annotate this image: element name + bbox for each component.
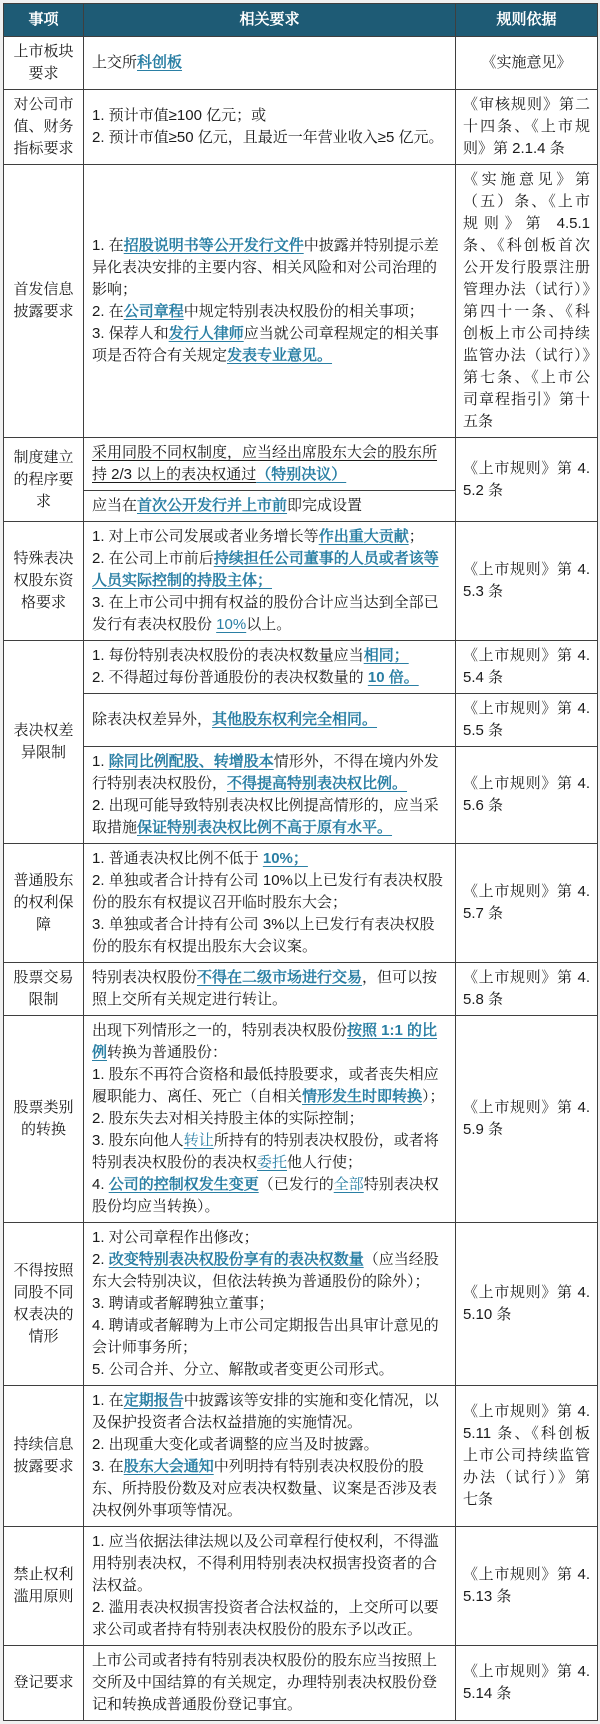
rule-basis-cell: 《上市规则》第 4.5.10 条 [456,1223,598,1386]
table-body: 上市板块要求上交所科创板《实施意见》对公司市值、财务指标要求1. 预计市值≥10… [4,37,598,1721]
requirement-cell: 上市公司或者持有特别表决权股份的股东应当按照上交所及中国结算的有关规定，办理特别… [84,1646,456,1721]
requirement-paragraph: 1. 应当依据法律法规以及公司章程行使权利，不得滥用特别表决权，不得利用特别表决… [92,1531,447,1597]
requirement-paragraph: 2. 在公司上市前后持续担任公司董事的人员或者该等人员实际控制的持股主体； [92,548,447,592]
text-segment: 4. 聘请或者解聘为上市公司定期报告出具审计意见的会计师事务所； [92,1317,439,1356]
text-segment: 上交所 [92,54,137,71]
requirement-paragraph: 3. 股东向他人转让所持有的特别表决权股份，或者将特别表决权股份的表决权委托他人… [92,1130,447,1174]
rule-basis-cell: 《上市规则》第 4.5.11 条、《科创板上市公司持续监管办法（试行）》第七条 [456,1386,598,1527]
requirement-paragraph: 出现下列情形之一的，特别表决权股份按照 1:1 的比例转换为普通股份： [92,1020,447,1064]
inline-link[interactable]: 转让 [184,1132,214,1149]
inline-link[interactable]: 保证特别表决权比例不高于原有水平。 [137,819,392,836]
text-segment: 2. [92,1251,109,1268]
text-segment: 中规定特别表决权股份的相关事项； [184,303,424,320]
text-segment: 2. 不得超过每份普通股份的表决权数量的 [92,669,368,686]
inline-link[interactable]: 不得提高特别表决权比例。 [227,775,407,792]
text-segment: （已发行的 [259,1176,334,1193]
inline-link[interactable]: 公司的控制权发生变更 [109,1176,259,1193]
inline-link[interactable]: 委托 [257,1154,287,1171]
text-segment: 1. [92,753,109,770]
rule-basis-cell: 《上市规则》第 4.5.7 条 [456,844,598,963]
requirement-cell: 除表决权差异外，其他股东权利完全相同。 [84,694,456,747]
requirement-paragraph: 上交所科创板 [92,52,447,74]
text-segment: 1. 每份特别表决权股份的表决权数量应当 [92,647,364,664]
requirement-paragraph: 3. 在上市公司中拥有权益的股份合计应当达到全部已发行有表决权股份 10%以上。 [92,592,447,636]
requirement-paragraph: 2. 出现重大变化或者调整的应当及时披露。 [92,1434,447,1456]
header-row: 事项 相关要求 规则依据 [4,4,598,37]
requirement-paragraph: 特别表决权股份不得在二级市场进行交易，但可以按照上交所有关规定进行转让。 [92,967,447,1011]
inline-link[interactable]: 相同； [364,647,409,664]
inline-link[interactable]: 发行人律师 [169,325,244,342]
table-row: 股票交易限制特别表决权股份不得在二级市场进行交易，但可以按照上交所有关规定进行转… [4,963,598,1016]
rule-basis-cell: 《上市规则》第 4.5.9 条 [456,1016,598,1223]
table-row: 1. 除同比例配股、转增股本情形外，不得在境内外发行特别表决权股份，不得提高特别… [4,747,598,844]
text-segment: 出现下列情形之一的，特别表决权股份 [92,1022,347,1039]
text-segment: 即完成设置 [287,497,362,514]
text-segment: 转换为普通股份： [107,1044,227,1061]
requirement-cell: 特别表决权股份不得在二级市场进行交易，但可以按照上交所有关规定进行转让。 [84,963,456,1016]
page: 事项 相关要求 规则依据 上市板块要求上交所科创板《实施意见》对公司市值、财务指… [0,0,600,1724]
requirement-paragraph: 4. 公司的控制权发生变更（已发行的全部特别表决权股份均应当转换）。 [92,1174,447,1218]
text-segment: 3. 聘请或者解聘独立董事； [92,1295,274,1312]
requirement-cell: 1. 预计市值≥100 亿元；或2. 预计市值≥50 亿元，且最近一年营业收入≥… [84,90,456,165]
item-cell: 禁止权利滥用原则 [4,1527,84,1646]
inline-link[interactable]: 首次公开发行并上市前 [137,497,287,514]
requirement-paragraph: 1. 普通表决权比例不低于 10%； [92,848,447,870]
item-cell: 不得按照同股不同权表决的情形 [4,1223,84,1386]
text-segment: 2. 出现重大变化或者调整的应当及时披露。 [92,1436,379,1453]
text-segment: ）； [422,1088,445,1105]
inline-link[interactable]: 招股说明书等公开发行文件 [124,237,304,254]
text-segment: 2. 滥用表决权损害投资者合法权益的，上交所可以要求公司或者持有特别表决权股份的… [92,1599,439,1638]
rule-basis-cell: 《实施意见》 [456,37,598,90]
rule-basis-cell: 《上市规则》第 4.5.4 条 [456,641,598,694]
item-cell: 登记要求 [4,1646,84,1721]
rule-basis-cell: 《上市规则》第 4.5.8 条 [456,963,598,1016]
item-cell: 上市板块要求 [4,37,84,90]
text-segment: 2. 在公司上市前后 [92,550,214,567]
text-segment: 1. 在 [92,1392,124,1409]
item-cell: 持续信息披露要求 [4,1386,84,1527]
item-cell: 对公司市值、财务指标要求 [4,90,84,165]
item-cell: 表决权差异限制 [4,641,84,844]
text-segment: 1. 预计市值≥100 亿元；或 [92,107,266,124]
text-segment: 除表决权差异外， [92,711,212,728]
inline-link[interactable]: 科创板 [137,54,182,71]
requirement-paragraph: 2. 单独或者合计持有公司 10%以上已发行有表决权股份的股东有权提议召开临时股… [92,870,447,914]
requirement-paragraph: 除表决权差异外，其他股东权利完全相同。 [92,709,447,731]
requirement-cell: 1. 在招股说明书等公开发行文件中披露并特别提示差异化表决安排的主要内容、相关风… [84,165,456,438]
text-segment: 2. 预计市值≥50 亿元，且最近一年营业收入≥5 亿元。 [92,129,444,146]
text-segment: 特别表决权股份 [92,969,197,986]
item-cell: 股票类别的转换 [4,1016,84,1223]
item-cell: 制度建立的程序要求 [4,438,84,522]
text-segment: 2. 单独或者合计持有公司 10%以上已发行有表决权股份的股东有权提议召开临时股… [92,872,443,911]
inline-link[interactable]: 情形发生时即转换 [302,1088,422,1105]
table-row: 首发信息披露要求1. 在招股说明书等公开发行文件中披露并特别提示差异化表决安排的… [4,165,598,438]
requirement-paragraph: 1. 在招股说明书等公开发行文件中披露并特别提示差异化表决安排的主要内容、相关风… [92,235,447,301]
table-row: 表决权差异限制1. 每份特别表决权股份的表决权数量应当相同；2. 不得超过每份普… [4,641,598,694]
requirement-cell: 1. 对上市公司发展或者业务增长等作出重大贡献；2. 在公司上市前后持续担任公司… [84,522,456,641]
table-row: 制度建立的程序要求采用同股不同权制度，应当经出席股东大会的股东所持 2/3 以上… [4,438,598,491]
table-row: 禁止权利滥用原则1. 应当依据法律法规以及公司章程行使权利，不得滥用特别表决权，… [4,1527,598,1646]
requirement-paragraph: 3. 保荐人和发行人律师应当就公司章程规定的相关事项是否符合有关规定发表专业意见… [92,323,447,367]
inline-link[interactable]: 定期报告 [124,1392,184,1409]
table-row: 不得按照同股不同权表决的情形1. 对公司章程作出修改；2. 改变特别表决权股份享… [4,1223,598,1386]
text-segment: 1. 应当依据法律法规以及公司章程行使权利，不得滥用特别表决权，不得利用特别表决… [92,1533,439,1594]
table-row: 上市板块要求上交所科创板《实施意见》 [4,37,598,90]
requirement-paragraph: 采用同股不同权制度，应当经出席股东大会的股东所持 2/3 以上的表决权通过（特别… [92,442,447,486]
text-segment: 2. 股东失去对相关持股主体的实际控制； [92,1110,364,1127]
table-row: 除表决权差异外，其他股东权利完全相同。《上市规则》第 4.5.5 条 [4,694,598,747]
header-rule-basis: 规则依据 [456,4,598,37]
requirement-paragraph: 2. 滥用表决权损害投资者合法权益的，上交所可以要求公司或者持有特别表决权股份的… [92,1597,447,1641]
inline-link[interactable]: 全部 [334,1176,364,1193]
requirement-paragraph: 1. 股东不再符合资格和最低持股要求，或者丧失相应履职能力、离任、死亡（自相关情… [92,1064,447,1108]
inline-link[interactable]: 发表专业意见。 [227,347,332,364]
requirement-paragraph: 4. 聘请或者解聘为上市公司定期报告出具审计意见的会计师事务所； [92,1315,447,1359]
text-segment: 3. 股东向他人 [92,1132,184,1149]
requirement-paragraph: 上市公司或者持有特别表决权股份的股东应当按照上交所及中国结算的有关规定，办理特别… [92,1650,447,1716]
requirement-paragraph: 1. 预计市值≥100 亿元；或 [92,105,447,127]
inline-link[interactable]: 10% [216,616,246,633]
header-item: 事项 [4,4,84,37]
rule-basis-cell: 《审核规则》第二十四条、《上市规则》第 2.1.4 条 [456,90,598,165]
requirement-cell: 1. 在定期报告中披露该等安排的实施和变化情况，以及保护投资者合法权益措施的实施… [84,1386,456,1527]
table-row: 对公司市值、财务指标要求1. 预计市值≥100 亿元；或2. 预计市值≥50 亿… [4,90,598,165]
rule-basis-cell: 《上市规则》第 4.5.6 条 [456,747,598,844]
text-segment: 4. [92,1176,109,1193]
requirement-paragraph: 2. 不得超过每份普通股份的表决权数量的 10 倍。 [92,667,447,689]
requirement-paragraph: 2. 股东失去对相关持股主体的实际控制； [92,1108,447,1130]
table-row: 持续信息披露要求1. 在定期报告中披露该等安排的实施和变化情况，以及保护投资者合… [4,1386,598,1527]
inline-link[interactable]: 其他股东权利完全相同。 [212,711,377,728]
requirement-paragraph: 3. 聘请或者解聘独立董事； [92,1293,447,1315]
text-segment: 3. 保荐人和 [92,325,169,342]
inline-link[interactable]: 除同比例配股、转增股本 [109,753,274,770]
header-requirement: 相关要求 [84,4,456,37]
item-cell: 普通股东的权利保障 [4,844,84,963]
requirement-cell: 上交所科创板 [84,37,456,90]
requirement-cell: 1. 除同比例配股、转增股本情形外，不得在境内外发行特别表决权股份，不得提高特别… [84,747,456,844]
requirement-paragraph: 2. 改变特别表决权股份享有的表决权数量（应当经股东大会特别决议，但依法转换为普… [92,1249,447,1293]
rule-basis-cell: 《上市规则》第 4.5.13 条 [456,1527,598,1646]
table-row: 登记要求上市公司或者持有特别表决权股份的股东应当按照上交所及中国结算的有关规定，… [4,1646,598,1721]
requirement-paragraph: 5. 公司合并、分立、解散或者变更公司形式。 [92,1359,447,1381]
text-segment: 1. 在 [92,237,124,254]
requirement-paragraph: 1. 每份特别表决权股份的表决权数量应当相同； [92,645,447,667]
text-segment: 5. 公司合并、分立、解散或者变更公司形式。 [92,1361,394,1378]
text-segment: 上市公司或者持有特别表决权股份的股东应当按照上交所及中国结算的有关规定，办理特别… [92,1652,437,1713]
inline-link[interactable]: 作出重大贡献 [319,528,409,545]
requirement-cell: 1. 应当依据法律法规以及公司章程行使权利，不得滥用特别表决权，不得利用特别表决… [84,1527,456,1646]
requirement-cell: 1. 对公司章程作出修改；2. 改变特别表决权股份享有的表决权数量（应当经股东大… [84,1223,456,1386]
text-segment: ； [409,528,424,545]
text-segment: 他人行使； [287,1154,362,1171]
requirement-paragraph: 1. 对公司章程作出修改； [92,1227,447,1249]
rules-table: 事项 相关要求 规则依据 上市板块要求上交所科创板《实施意见》对公司市值、财务指… [3,3,598,1721]
inline-link[interactable]: 10 倍。 [368,669,419,686]
rule-basis-cell: 《上市规则》第 4.5.5 条 [456,694,598,747]
rule-basis-cell: 《实施意见》第（五）条、《上市规则》第 4.5.1 条、《科创板首次公开发行股票… [456,165,598,438]
requirement-paragraph: 2. 在公司章程中规定特别表决权股份的相关事项； [92,301,447,323]
requirement-cell: 出现下列情形之一的，特别表决权股份按照 1:1 的比例转换为普通股份：1. 股东… [84,1016,456,1223]
rule-basis-cell: 《上市规则》第 4.5.2 条 [456,438,598,522]
text-segment: 以上。 [246,616,291,633]
requirement-paragraph: 1. 在定期报告中披露该等安排的实施和变化情况，以及保护投资者合法权益措施的实施… [92,1390,447,1434]
rule-basis-cell: 《上市规则》第 4.5.3 条 [456,522,598,641]
requirement-cell: 1. 普通表决权比例不低于 10%；2. 单独或者合计持有公司 10%以上已发行… [84,844,456,963]
item-cell: 特殊表决权股东资格要求 [4,522,84,641]
table-row: 特殊表决权股东资格要求1. 对上市公司发展或者业务增长等作出重大贡献；2. 在公… [4,522,598,641]
text-segment: 应当在 [92,497,137,514]
text-segment: 1. 对公司章程作出修改； [92,1229,259,1246]
requirement-cell: 采用同股不同权制度，应当经出席股东大会的股东所持 2/3 以上的表决权通过（特别… [84,438,456,491]
inline-link[interactable]: 改变特别表决权股份享有的表决权数量 [109,1251,364,1268]
text-segment: 1. 普通表决权比例不低于 [92,850,263,867]
inline-link[interactable]: （特别决议） [256,466,346,483]
requirement-paragraph: 3. 在股东大会通知中列明持有特别表决权股份的股东、所持股份数及对应表决权数量、… [92,1456,447,1522]
requirement-paragraph: 1. 对上市公司发展或者业务增长等作出重大贡献； [92,526,447,548]
inline-link[interactable]: 不得在二级市场进行交易 [197,969,362,986]
requirement-cell: 1. 每份特别表决权股份的表决权数量应当相同；2. 不得超过每份普通股份的表决权… [84,641,456,694]
requirement-paragraph: 1. 除同比例配股、转增股本情形外，不得在境内外发行特别表决权股份，不得提高特别… [92,751,447,795]
requirement-paragraph: 应当在首次公开发行并上市前即完成设置 [92,495,447,517]
text-segment: 3. 在 [92,1458,124,1475]
item-cell: 首发信息披露要求 [4,165,84,438]
requirement-paragraph: 2. 预计市值≥50 亿元，且最近一年营业收入≥5 亿元。 [92,127,447,149]
requirement-cell: 应当在首次公开发行并上市前即完成设置 [84,491,456,522]
inline-link[interactable]: 公司章程 [124,303,184,320]
table-row: 股票类别的转换出现下列情形之一的，特别表决权股份按照 1:1 的比例转换为普通股… [4,1016,598,1223]
requirement-paragraph: 2. 出现可能导致特别表决权比例提高情形的，应当采取措施保证特别表决权比例不高于… [92,795,447,839]
item-cell: 股票交易限制 [4,963,84,1016]
text-segment: 2. 在 [92,303,124,320]
inline-link[interactable]: 股东大会通知 [124,1458,214,1475]
text-segment: 1. 对上市公司发展或者业务增长等 [92,528,319,545]
table-row: 普通股东的权利保障1. 普通表决权比例不低于 10%；2. 单独或者合计持有公司… [4,844,598,963]
text-segment: 3. 单独或者合计持有公司 3%以上已发行有表决权股份的股东有权提出股东大会议案… [92,916,435,955]
inline-link[interactable]: 10%； [263,850,308,867]
requirement-paragraph: 3. 单独或者合计持有公司 3%以上已发行有表决权股份的股东有权提出股东大会议案… [92,914,447,958]
rule-basis-cell: 《上市规则》第 4.5.14 条 [456,1646,598,1721]
